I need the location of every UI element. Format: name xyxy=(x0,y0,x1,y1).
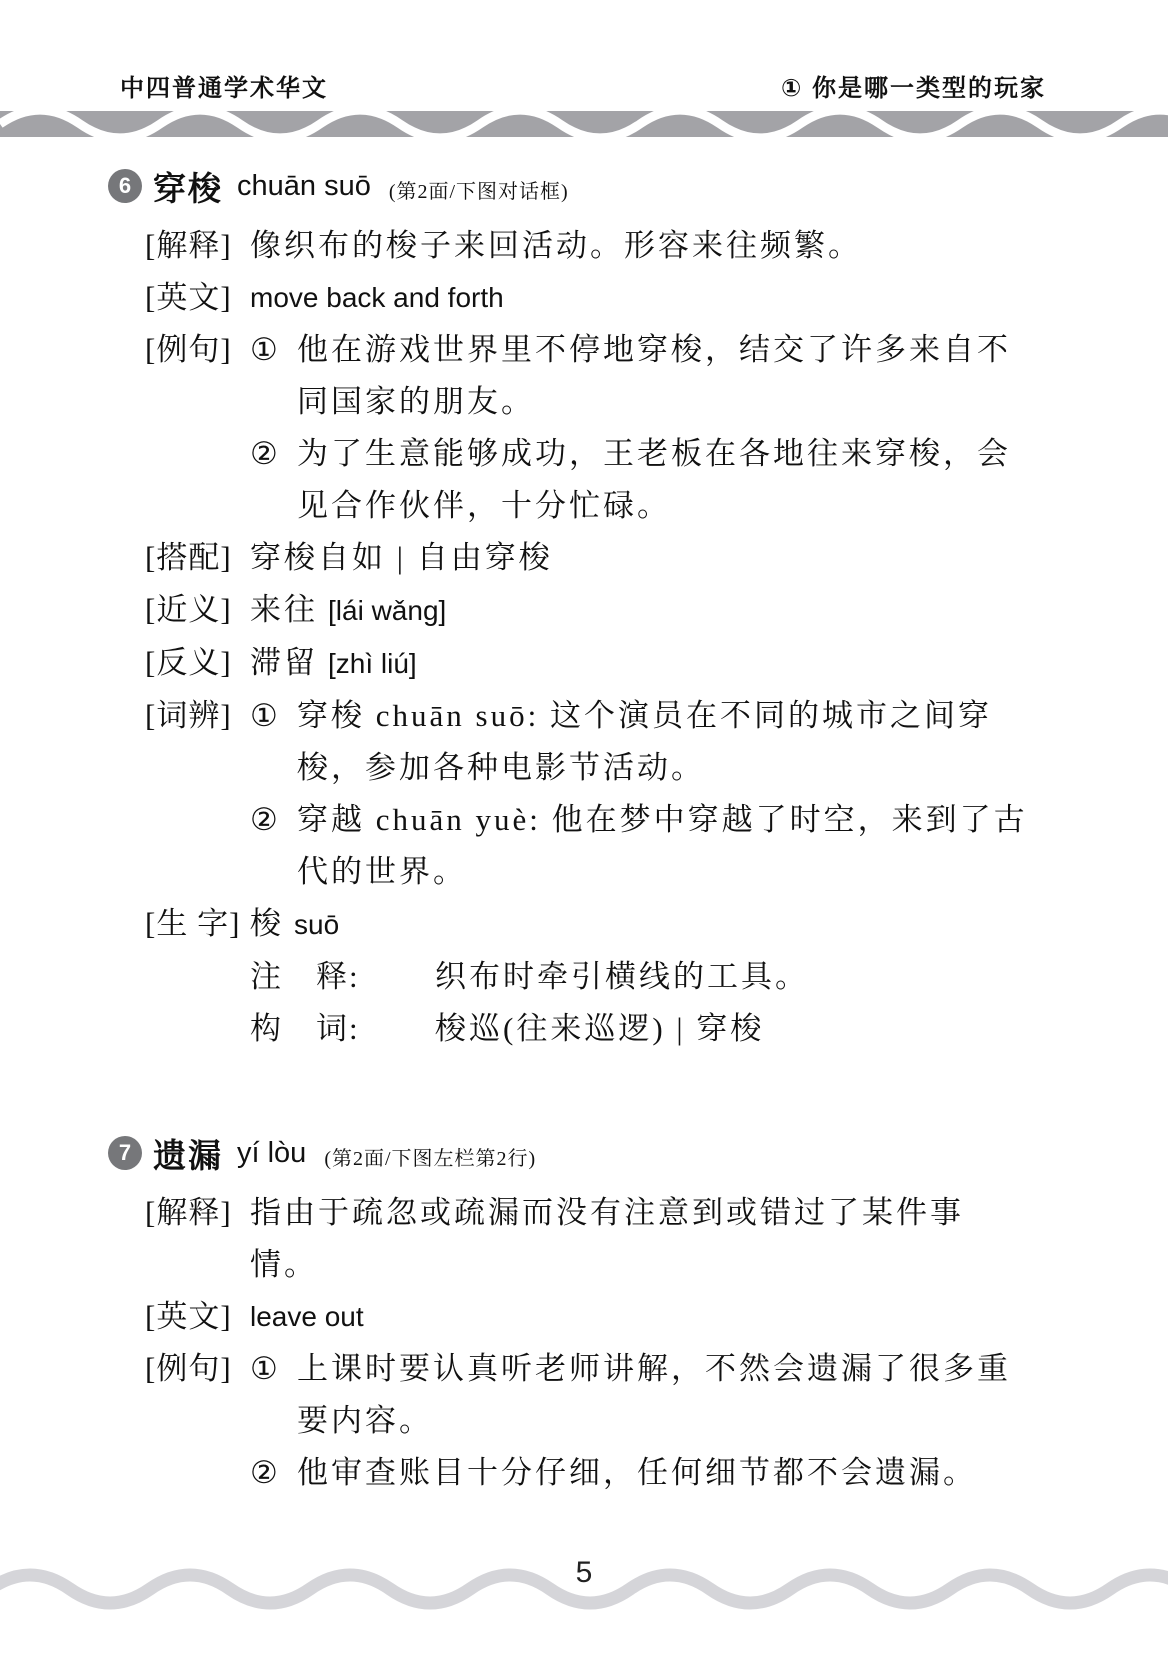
text-line: 穿梭 chuān suō: 这个演员在不同的城市之间穿 xyxy=(297,690,1054,742)
top-scallop-border xyxy=(0,106,1168,142)
field-label: [解释] xyxy=(145,220,250,272)
example-text: 他审查账目十分仔细，任何细节都不会遗漏。 xyxy=(297,1447,1054,1499)
field-label: [词辨] xyxy=(145,690,250,898)
gloss-key: 注 释: xyxy=(250,951,435,1003)
text-line: 见合作伙伴，十分忙碌。 xyxy=(297,480,1054,532)
header-right-title: ① 你是哪一类型的玩家 xyxy=(781,68,1046,103)
header-left-title: 中四普通学术华文 xyxy=(120,68,328,103)
antonym-word: 滞留 xyxy=(250,645,318,680)
text-line: 像织布的梭子来回活动。形容来往频繁。 xyxy=(250,220,1054,272)
item-number: ② xyxy=(250,794,297,898)
field-content: ① 他在游戏世界里不停地穿梭，结交了许多来自不 同国家的朋友。 ② 为了生意能够… xyxy=(250,324,1054,532)
field-content: 滞留[zhì liú] xyxy=(250,637,1054,690)
entry-pinyin: chuān suō xyxy=(237,170,371,203)
field-label: [近义] xyxy=(145,584,250,637)
example-item: ① 上课时要认真听老师讲解，不然会遗漏了很多重 要内容。 xyxy=(250,1343,1054,1447)
example-item: ② 他审查账目十分仔细，任何细节都不会遗漏。 xyxy=(250,1447,1054,1499)
entry-headline: 6 穿梭 chuān suō (第2面/下图对话框) xyxy=(108,162,1054,210)
discrimination-item: ② 穿越 chuān yuè: 他在梦中穿越了时空，来到了古 代的世界。 xyxy=(250,794,1054,898)
field-content: 穿梭自如 | 自由穿梭 xyxy=(250,532,1054,584)
discrimination-item: ① 穿梭 chuān suō: 这个演员在不同的城市之间穿 梭，参加各种电影节活… xyxy=(250,690,1054,794)
glossary-word: 梭 xyxy=(250,906,284,941)
synonym-entry: 来往[lái wǎng] xyxy=(250,584,1054,637)
entry-word: 穿梭 xyxy=(153,163,223,210)
field-label: [例句] xyxy=(145,324,250,532)
field-label: [生 字] xyxy=(145,898,250,1055)
field-row-synonym: [近义] 来往[lái wǎng] xyxy=(108,584,1054,637)
field-row-explanation: [解释] 指由于疏忽或疏漏而没有注意到或错过了某件事 情。 xyxy=(108,1187,1054,1291)
text-line: 他审查账目十分仔细，任何细节都不会遗漏。 xyxy=(297,1447,1054,1499)
field-label: [搭配] xyxy=(145,532,250,584)
field-row-collocation: [搭配] 穿梭自如 | 自由穿梭 xyxy=(108,532,1054,584)
entry-headline: 7 遗漏 yí lòu (第2面/下图左栏第2行) xyxy=(108,1129,1054,1177)
field-row-new-character: [生 字] 梭suō 注 释: 织布时牵引横线的工具。 构 词: 梭巡(往来巡逻… xyxy=(108,898,1054,1055)
field-row-examples: [例句] ① 上课时要认真听老师讲解，不然会遗漏了很多重 要内容。 ② 他审查账… xyxy=(108,1343,1054,1499)
item-number: ① xyxy=(250,690,297,794)
antonym-pinyin: [zhì liú] xyxy=(328,648,417,679)
text-line: 指由于疏忽或疏漏而没有注意到或错过了某件事 xyxy=(250,1187,1054,1239)
text-line: 为了生意能够成功，王老板在各地往来穿梭，会 xyxy=(297,428,1054,480)
discrimination-text: 穿梭 chuān suō: 这个演员在不同的城市之间穿 梭，参加各种电影节活动。 xyxy=(297,690,1054,794)
text-line: 上课时要认真听老师讲解，不然会遗漏了很多重 xyxy=(297,1343,1054,1395)
field-label: [例句] xyxy=(145,1343,250,1499)
gloss-row-word-formation: 构 词: 梭巡(往来巡逻) | 穿梭 xyxy=(250,1003,1054,1055)
gloss-text: 梭巡(往来巡逻) | 穿梭 xyxy=(435,1003,1054,1055)
text-line: 同国家的朋友。 xyxy=(297,376,1054,428)
antonym-entry: 滞留[zhì liú] xyxy=(250,637,1054,690)
page-header: 中四普通学术华文 ① 你是哪一类型的玩家 xyxy=(120,68,1046,103)
example-text: 他在游戏世界里不停地穿梭，结交了许多来自不 同国家的朋友。 xyxy=(297,324,1054,428)
text-line: 要内容。 xyxy=(297,1395,1054,1447)
synonym-word: 来往 xyxy=(250,592,318,627)
field-content: move back and forth xyxy=(250,272,1054,324)
entry-number-badge: 7 xyxy=(108,1136,142,1170)
field-content: 梭suō 注 释: 织布时牵引横线的工具。 构 词: 梭巡(往来巡逻) | 穿梭 xyxy=(250,898,1054,1055)
field-content: 指由于疏忽或疏漏而没有注意到或错过了某件事 情。 xyxy=(250,1187,1054,1291)
text-line: 他在游戏世界里不停地穿梭，结交了许多来自不 xyxy=(297,324,1054,376)
field-row-english: [英文] leave out xyxy=(108,1291,1054,1343)
item-number: ② xyxy=(250,428,297,532)
gloss-row-annotation: 注 释: 织布时牵引横线的工具。 xyxy=(250,951,1054,1003)
text-line: 情。 xyxy=(250,1239,1054,1291)
field-content: 像织布的梭子来回活动。形容来往频繁。 xyxy=(250,220,1054,272)
page-content: 6 穿梭 chuān suō (第2面/下图对话框) [解释] 像织布的梭子来回… xyxy=(108,162,1054,1499)
bottom-wave-border xyxy=(0,1563,1168,1619)
glossary-headword: 梭suō xyxy=(250,898,1054,951)
text-line: 穿越 chuān yuè: 他在梦中穿越了时空，来到了古 xyxy=(297,794,1054,846)
gloss-text: 织布时牵引横线的工具。 xyxy=(435,951,1054,1003)
text-line: 梭，参加各种电影节活动。 xyxy=(297,742,1054,794)
field-label: [英文] xyxy=(145,272,250,324)
glossary-pinyin: suō xyxy=(294,909,339,940)
field-label: [解释] xyxy=(145,1187,250,1291)
field-row-examples: [例句] ① 他在游戏世界里不停地穿梭，结交了许多来自不 同国家的朋友。 ② 为… xyxy=(108,324,1054,532)
english-text: move back and forth xyxy=(250,272,1054,324)
item-number: ① xyxy=(250,324,297,428)
entry-number-badge: 6 xyxy=(108,169,142,203)
discrimination-text: 穿越 chuān yuè: 他在梦中穿越了时空，来到了古 代的世界。 xyxy=(297,794,1054,898)
field-label: [英文] xyxy=(145,1291,250,1343)
field-label: [反义] xyxy=(145,637,250,690)
item-number: ② xyxy=(250,1447,297,1499)
field-content: ① 上课时要认真听老师讲解，不然会遗漏了很多重 要内容。 ② 他审查账目十分仔细… xyxy=(250,1343,1054,1499)
example-text: 为了生意能够成功，王老板在各地往来穿梭，会 见合作伙伴，十分忙碌。 xyxy=(297,428,1054,532)
field-row-antonym: [反义] 滞留[zhì liú] xyxy=(108,637,1054,690)
example-text: 上课时要认真听老师讲解，不然会遗漏了很多重 要内容。 xyxy=(297,1343,1054,1447)
field-row-english: [英文] move back and forth xyxy=(108,272,1054,324)
example-item: ① 他在游戏世界里不停地穿梭，结交了许多来自不 同国家的朋友。 xyxy=(250,324,1054,428)
entry-source-note: (第2面/下图左栏第2行) xyxy=(324,1142,536,1171)
field-content: leave out xyxy=(250,1291,1054,1343)
vocab-entry-6: 6 穿梭 chuān suō (第2面/下图对话框) [解释] 像织布的梭子来回… xyxy=(108,162,1054,1055)
vocab-entry-7: 7 遗漏 yí lòu (第2面/下图左栏第2行) [解释] 指由于疏忽或疏漏而… xyxy=(108,1129,1054,1499)
field-row-explanation: [解释] 像织布的梭子来回活动。形容来往频繁。 xyxy=(108,220,1054,272)
field-row-word-discrimination: [词辨] ① 穿梭 chuān suō: 这个演员在不同的城市之间穿 梭，参加各… xyxy=(108,690,1054,898)
field-content: ① 穿梭 chuān suō: 这个演员在不同的城市之间穿 梭，参加各种电影节活… xyxy=(250,690,1054,898)
entry-word: 遗漏 xyxy=(153,1130,223,1177)
english-text: leave out xyxy=(250,1291,1054,1343)
item-number: ① xyxy=(250,1343,297,1447)
text-line: 穿梭自如 | 自由穿梭 xyxy=(250,532,1054,584)
entry-source-note: (第2面/下图对话框) xyxy=(389,175,569,204)
gloss-key: 构 词: xyxy=(250,1003,435,1055)
example-item: ② 为了生意能够成功，王老板在各地往来穿梭，会 见合作伙伴，十分忙碌。 xyxy=(250,428,1054,532)
entry-pinyin: yí lòu xyxy=(237,1137,306,1170)
synonym-pinyin: [lái wǎng] xyxy=(328,595,446,626)
text-line: 代的世界。 xyxy=(297,846,1054,898)
field-content: 来往[lái wǎng] xyxy=(250,584,1054,637)
